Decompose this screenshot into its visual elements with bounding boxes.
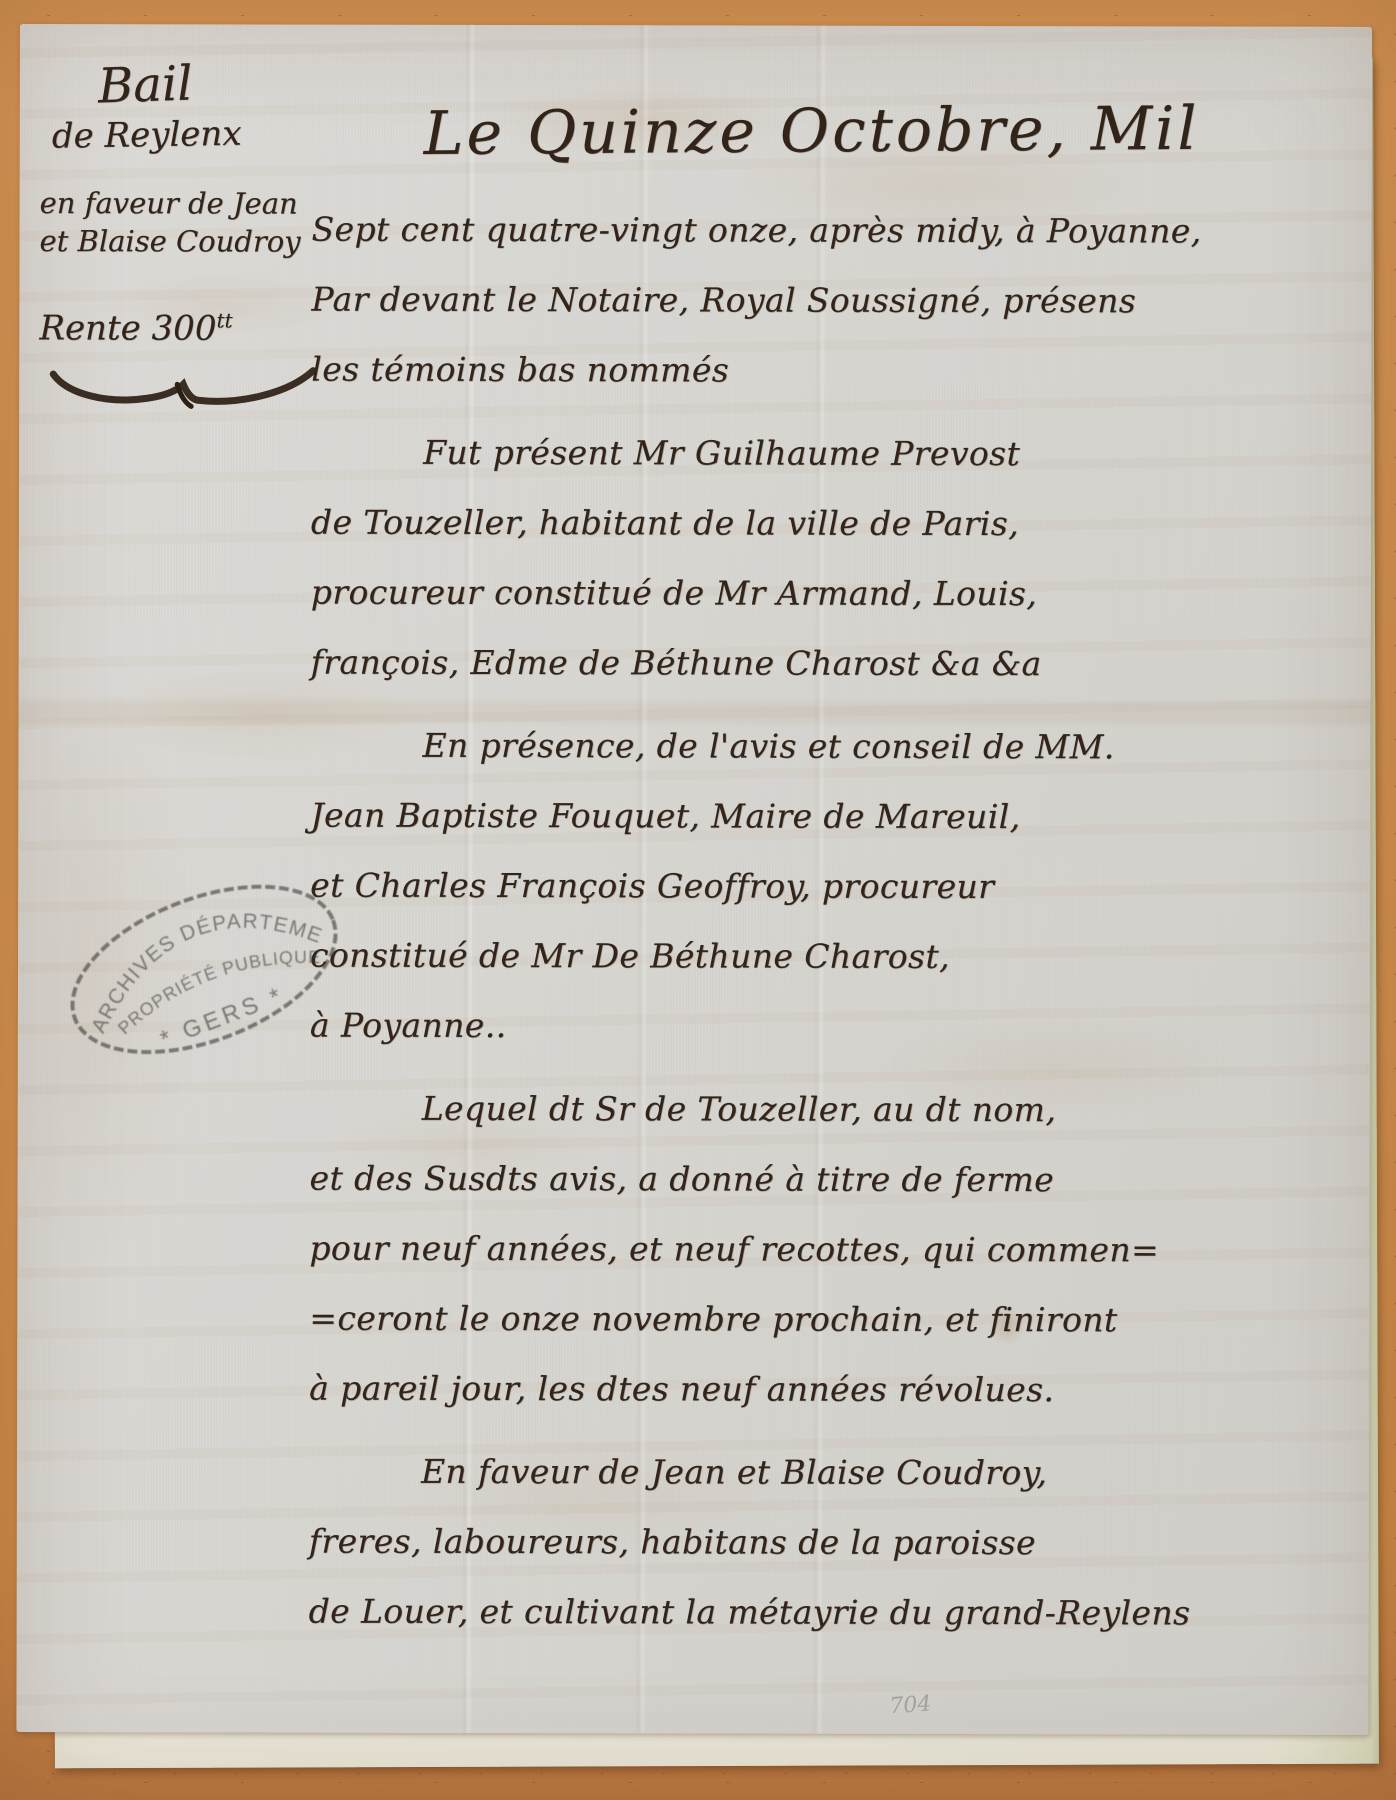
- manuscript-line: à Poyanne..: [310, 991, 1370, 1063]
- manuscript-text-column: Le Quinze Octobre, Mil Sept cent quatre-…: [309, 95, 1372, 1649]
- manuscript-line: Sept cent quatre-vingt onze, après midy,…: [311, 195, 1371, 267]
- margin-annotation: Bail de Reylenx en faveur de Jean et Bla…: [39, 54, 350, 413]
- manuscript-line: En présence, de l'avis et conseil de MM.: [310, 711, 1370, 783]
- manuscript-page: Bail de Reylenx en faveur de Jean et Bla…: [16, 24, 1372, 1735]
- manuscript-line: de Touzeller, habitant de la ville de Pa…: [311, 488, 1371, 560]
- margin-line: de Reylenx: [51, 112, 350, 157]
- manuscript-body: Sept cent quatre-vingt onze, après midy,…: [309, 195, 1372, 1649]
- rente-amount: Rente 300: [39, 308, 216, 348]
- manuscript-line: En faveur de Jean et Blaise Coudroy,: [309, 1437, 1369, 1509]
- manuscript-line: Jean Baptiste Fouquet, Maire de Mareuil,: [310, 781, 1370, 853]
- manuscript-line: et Charles François Geoffroy, procureur: [310, 851, 1370, 923]
- manuscript-line: =ceront le onze novembre prochain, et fi…: [309, 1284, 1369, 1356]
- margin-rente-line: Rente 300tt: [39, 308, 349, 349]
- manuscript-line: Fut présent Mr Guilhaume Prevost: [311, 418, 1371, 490]
- rente-superscript: tt: [216, 308, 232, 332]
- margin-line: en faveur de Jean: [40, 186, 350, 221]
- manuscript-line: Lequel dt Sr de Touzeller, au dt nom,: [310, 1074, 1370, 1146]
- manuscript-title: Le Quinze Octobre, Mil: [423, 93, 1372, 199]
- manuscript-line: à pareil jour, les dtes neuf années révo…: [309, 1354, 1369, 1426]
- manuscript-line: et des Susdts avis, a donné à titre de f…: [310, 1144, 1370, 1216]
- manuscript-line: de Louer, et cultivant la métayrie du gr…: [309, 1577, 1369, 1649]
- manuscript-line: Par devant le Notaire, Royal Soussigné, …: [311, 265, 1371, 337]
- manuscript-line: constitué de Mr De Béthune Charost,: [310, 921, 1370, 993]
- margin-line: et Blaise Coudroy: [40, 224, 350, 259]
- manuscript-line: pour neuf années, et neuf recottes, qui …: [309, 1214, 1369, 1286]
- manuscript-line: freres, laboureurs, habitans de la paroi…: [309, 1507, 1369, 1579]
- manuscript-line: françois, Edme de Béthune Charost &a &a: [311, 628, 1371, 700]
- manuscript-line: procureur constitué de Mr Armand, Louis,: [311, 558, 1371, 630]
- manuscript-line: les témoins bas nommés: [311, 335, 1371, 407]
- pencil-number: 704: [889, 1691, 933, 1719]
- photo-of-manuscript: { "document": { "margin": { "lines": ["B…: [0, 0, 1396, 1800]
- flourish-swash: [47, 360, 319, 413]
